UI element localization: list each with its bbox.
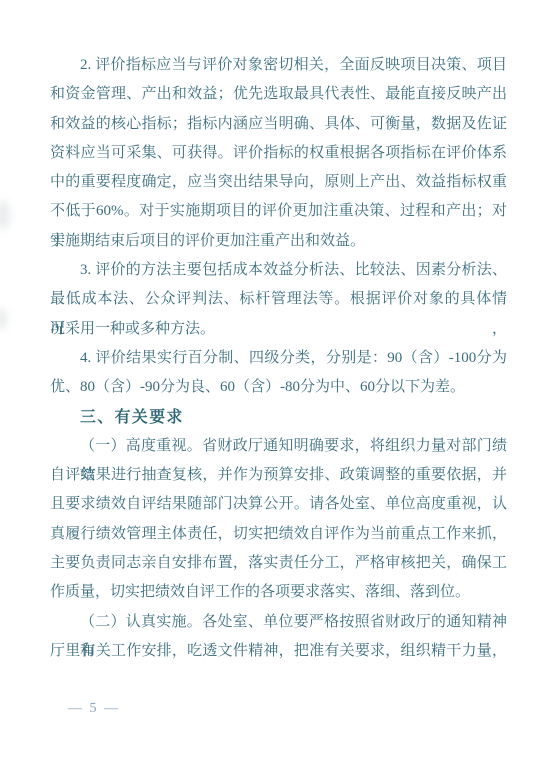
text-line: 不低于60%。对于实施期项目的评价更加注重决策、过程和产出；对于 [50, 197, 507, 226]
text-line: 最低成本法、公众评判法、标杆管理法等。根据评价对象的具体情况， [50, 285, 507, 314]
text-line: 厅里有关工作安排，吃透文件精神，把准有关要求，组织精干力量， [50, 637, 507, 666]
text-line: 和效益的核心指标；指标内涵应当明确、具体、可衡量，数据及佐证 [50, 110, 507, 139]
paragraph: （一）高度重视。省财政厅通知明确要求，将组织力量对部门绩效自评结果进行抽查复核，… [50, 432, 507, 608]
document-body: 2. 评价指标应当与评价对象密切相关，全面反映项目决策、项目和资金管理、产出和效… [50, 51, 507, 666]
text-line: 和资金管理、产出和效益；优先选取最具代表性、最能直接反映产出 [50, 80, 507, 109]
paragraph: （二）认真实施。各处室、单位要严格按照省财政厅的通知精神和厅里有关工作安排，吃透… [50, 608, 507, 667]
scan-artifact [0, 308, 7, 330]
text-line: 优、80（含）-90分为良、60（含）-80分为中、60分以下为差。 [50, 373, 507, 402]
text-line: 4. 评价结果实行百分制、四级分类，分别是：90（含）-100分为 [50, 344, 507, 373]
text-line: 主要负责同志亲自安排布置，落实责任分工，严格审核把关，确保工 [50, 549, 507, 578]
page-number: — 5 — [68, 701, 120, 717]
text-line: 实施期结束后项目的评价更加注重产出和效益。 [50, 227, 507, 256]
text-line: 2. 评价指标应当与评价对象密切相关，全面反映项目决策、项目 [50, 51, 507, 80]
text-line: （一）高度重视。省财政厅通知明确要求，将组织力量对部门绩效 [50, 432, 507, 461]
text-line: 真履行绩效管理主体责任，切实把绩效自评作为当前重点工作来抓， [50, 520, 507, 549]
section-heading: 三、有关要求 [50, 403, 507, 432]
text-line: 三、有关要求 [50, 403, 507, 432]
text-line: 3. 评价的方法主要包括成本效益分析法、比较法、因素分析法、 [50, 256, 507, 285]
text-line: 作质量，切实把绩效自评工作的各项要求落实、落细、落到位。 [50, 578, 507, 607]
text-line: 资料应当可采集、可获得。评价指标的权重根据各项指标在评价体系 [50, 139, 507, 168]
text-line: 自评结果进行抽查复核，并作为预算安排、政策调整的重要依据，并 [50, 461, 507, 490]
text-line: （二）认真实施。各处室、单位要严格按照省财政厅的通知精神和 [50, 608, 507, 637]
paragraph: 3. 评价的方法主要包括成本效益分析法、比较法、因素分析法、最低成本法、公众评判… [50, 256, 507, 344]
text-line: 中的重要程度确定，应当突出结果导向，原则上产出、效益指标权重 [50, 168, 507, 197]
scan-artifact [0, 200, 10, 230]
text-line: 且要求绩效自评结果随部门决算公开。请各处室、单位高度重视，认 [50, 490, 507, 519]
paragraph: 2. 评价指标应当与评价对象密切相关，全面反映项目决策、项目和资金管理、产出和效… [50, 51, 507, 256]
document-page: 2. 评价指标应当与评价对象密切相关，全面反映项目决策、项目和资金管理、产出和效… [0, 0, 554, 757]
paragraph: 4. 评价结果实行百分制、四级分类，分别是：90（含）-100分为优、80（含）… [50, 344, 507, 403]
